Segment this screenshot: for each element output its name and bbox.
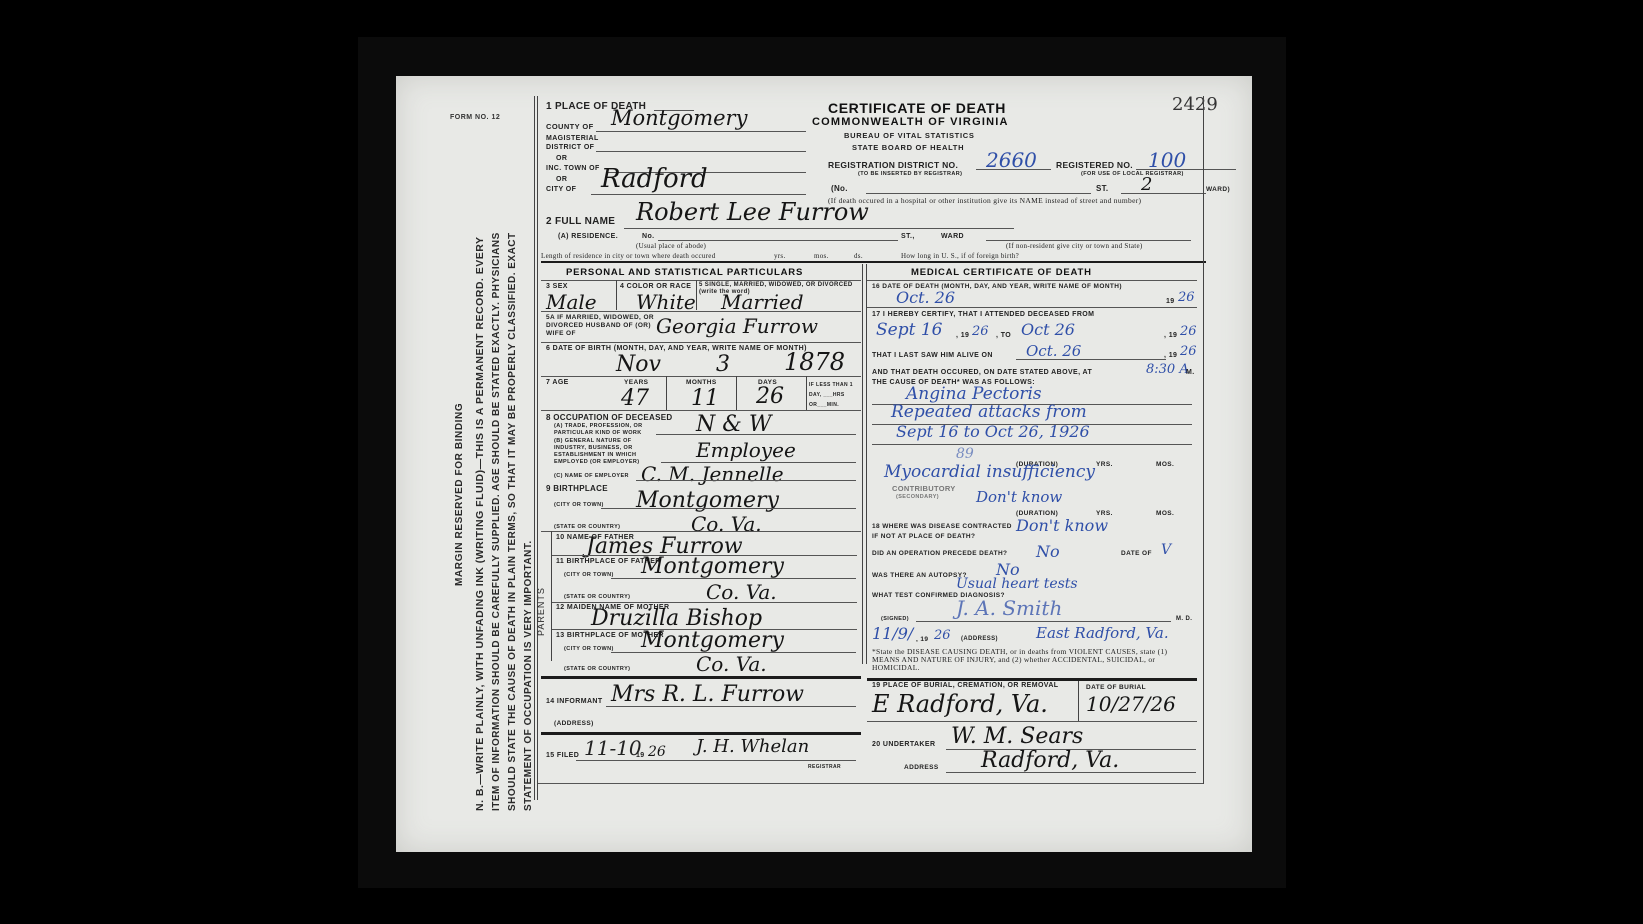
county-value: Montgomery: [611, 106, 747, 130]
months-label: MONTHS: [686, 379, 717, 386]
ward-value: 2: [1141, 174, 1152, 195]
father-birthplace-state: Co. Va.: [706, 580, 777, 604]
registered-no-note: (FOR USE OF LOCAL REGISTRAR): [1081, 171, 1184, 177]
personal-header: PERSONAL AND STATISTICAL PARTICULARS: [566, 267, 803, 278]
undertaker-address-label: ADDRESS: [904, 764, 939, 771]
age-years: 47: [621, 386, 649, 411]
rule: [872, 444, 1192, 445]
filed-year: 26: [648, 744, 666, 760]
mother-state-label: (STATE OR COUNTRY): [564, 666, 630, 672]
rule: [541, 311, 861, 312]
physician-signature: J. A. Smith: [956, 596, 1062, 620]
rule: [1136, 169, 1236, 170]
from-year: 26: [972, 324, 989, 339]
time-label: AND THAT DEATH OCCURED, ON DATE STATED A…: [872, 369, 1092, 376]
duration-number: 89: [956, 446, 974, 462]
date-of-value: V: [1161, 542, 1171, 558]
sex-label: 3 SEX: [546, 283, 568, 290]
filed-year-prefix: 19: [636, 752, 645, 759]
less-than-day-label: IF LESS THAN 1 DAY, ___HRS OR___MIN.: [809, 380, 861, 410]
hospital-note: (If death occured in a hospital or other…: [828, 196, 1141, 205]
rule: [636, 480, 856, 481]
reg-district-label: REGISTRATION DISTRICT NO.: [828, 160, 958, 170]
mother-city-label: (CITY OR TOWN): [564, 646, 614, 652]
or-label: OR: [556, 176, 567, 183]
reg-district-note: (TO BE INSERTED BY REGISTRAR): [858, 171, 962, 177]
rule: [658, 240, 898, 241]
residence-no-label: No.: [642, 233, 654, 240]
contracted-value: Don't know: [1016, 516, 1108, 535]
magisterial-label: MAGISTERIAL DISTRICT OF: [546, 134, 606, 152]
ward-label: WARD: [941, 233, 964, 240]
physician-address-label: (ADDRESS): [961, 636, 998, 642]
st-label: ST.: [1096, 184, 1108, 193]
rule: [616, 280, 617, 310]
dod-year-prefix: 19: [1166, 298, 1175, 305]
section-divider: [541, 676, 861, 679]
instruction-line-2: ITEM OF INFORMATION SHOULD BE CAREFULLY …: [491, 232, 502, 811]
employer-value: C. M. Jennelle: [641, 462, 784, 486]
certificate-number: 2429: [1172, 94, 1218, 115]
board: STATE BOARD OF HEALTH: [852, 143, 964, 152]
yrs-label: YRS.: [1096, 461, 1113, 468]
contracted-label: 18 WHERE WAS DISEASE CONTRACTED IF NOT A…: [872, 522, 1012, 542]
no-label: (No.: [831, 184, 848, 193]
registrar-label: REGISTRAR: [808, 764, 841, 770]
rule: [866, 193, 1091, 194]
age-months: 11: [691, 386, 719, 411]
bottom-rule: [538, 783, 1203, 784]
rule: [986, 240, 1191, 241]
race-label: 4 COLOR OR RACE: [620, 283, 691, 290]
signed-year-prefix: , 19: [916, 636, 928, 643]
how-long-label: How long in U. S., if of foreign birth?: [901, 252, 1019, 260]
section-divider: [541, 261, 1206, 263]
secondary-label: (SECONDARY): [896, 494, 939, 500]
signed-date: 11/9/: [872, 624, 913, 643]
rule: [611, 578, 856, 579]
rule: [976, 169, 1051, 170]
spouse-value: Georgia Furrow: [656, 314, 818, 338]
contributory-label: CONTRIBUTORY: [892, 484, 956, 493]
rule: [1078, 681, 1079, 721]
ward-label: WARD): [1206, 186, 1230, 193]
employer-label: (C) NAME OF EMPLOYER: [554, 473, 629, 479]
occupation-label: 8 OCCUPATION OF DECEASED: [546, 413, 672, 422]
birth-city-value: Montgomery: [636, 488, 779, 513]
birth-state-value: Co. Va.: [691, 512, 762, 536]
rule: [656, 434, 856, 435]
attended-from: Sept 16: [876, 320, 942, 340]
rule: [1016, 359, 1166, 360]
burial-place-label: 19 PLACE OF BURIAL, CREMATION, OR REMOVA…: [872, 682, 1058, 689]
burial-date-value: 10/27/26: [1086, 692, 1176, 716]
certify-label: 17 I HEREBY CERTIFY, THAT I ATTENDED DEC…: [872, 311, 1094, 318]
st-label: ST.,: [901, 233, 915, 240]
undertaker-address: Radford, Va.: [981, 748, 1119, 773]
rule: [624, 228, 1014, 229]
city-value: Radford: [601, 164, 708, 194]
cause-line-2: Repeated attacks from: [891, 402, 1087, 422]
signed-label: (SIGNED): [881, 616, 909, 622]
last-year: 26: [1180, 344, 1197, 359]
md-label: M. D.: [1176, 616, 1192, 622]
spouse-label: 5A IF MARRIED, WIDOWED, OR DIVORCED HUSB…: [546, 314, 661, 338]
or-label: OR: [556, 155, 567, 162]
city-label: CITY OF: [546, 186, 576, 193]
certificate-title: CERTIFICATE OF DEATH: [828, 100, 1006, 116]
parents-label: PARENTS: [536, 587, 546, 636]
undertaker-label: 20 UNDERTAKER: [872, 741, 935, 748]
left-border-inner: [537, 96, 538, 800]
signed-year: 26: [934, 628, 951, 643]
informant-address-label: (ADDRESS): [554, 720, 594, 727]
full-name-value: Robert Lee Furrow: [636, 198, 869, 226]
rule: [576, 760, 856, 761]
age-days: 26: [756, 384, 784, 409]
date-of-label: DATE OF: [1121, 550, 1152, 557]
burial-date-label: DATE OF BURIAL: [1086, 684, 1146, 691]
informant-label: 14 INFORMANT: [546, 698, 603, 705]
cause-line-3: Sept 16 to Oct 26, 1926: [896, 422, 1090, 441]
last-year-prefix: , 19: [1164, 352, 1177, 359]
full-name-label: 2 FULL NAME: [546, 216, 615, 227]
dod-value: Oct. 26: [896, 288, 955, 307]
rule: [696, 280, 697, 310]
residence-label: (A) RESIDENCE.: [558, 233, 618, 240]
mos-label-2: MOS.: [1156, 510, 1174, 517]
rule: [606, 706, 856, 707]
death-certificate: FORM NO. 12 MARGIN RESERVED FOR BINDING …: [396, 76, 1252, 852]
rule: [541, 280, 861, 281]
rule: [541, 342, 861, 343]
operation-value: No: [1036, 542, 1060, 561]
last-saw-value: Oct. 26: [1026, 342, 1081, 360]
time-suffix: M.: [1186, 369, 1195, 376]
column-divider: [862, 264, 863, 664]
rule: [596, 151, 806, 152]
rule: [867, 307, 1197, 308]
yrs-label: yrs.: [774, 252, 786, 260]
autopsy-label: WAS THERE AN AUTOPSY?: [872, 572, 967, 579]
right-border: [1203, 96, 1204, 784]
birthplace-label: 9 BIRTHPLACE: [546, 484, 608, 493]
industry-value: Employee: [696, 438, 796, 462]
attended-to: Oct 26: [1021, 320, 1075, 339]
trade-label: (A) TRADE, PROFESSION, OR PARTICULAR KIN…: [554, 423, 649, 437]
margin-note: MARGIN RESERVED FOR BINDING: [454, 403, 465, 586]
section-divider: [541, 732, 861, 735]
rule: [601, 508, 856, 509]
age-label: 7 AGE: [546, 379, 569, 386]
left-border: [534, 96, 535, 800]
rule: [541, 376, 861, 377]
rule: [806, 376, 807, 410]
section-divider: [867, 678, 1197, 681]
dob-label: 6 DATE OF BIRTH (MONTH, DAY, AND YEAR, W…: [546, 345, 807, 352]
rule: [541, 531, 861, 532]
test-value: Usual heart tests: [956, 576, 1078, 592]
mos-label: mos.: [814, 252, 829, 260]
filed-label: 15 FILED: [546, 752, 579, 759]
cause-footnote: *State the DISEASE CAUSING DEATH, or in …: [872, 648, 1197, 672]
medical-header: MEDICAL CERTIFICATE OF DEATH: [911, 267, 1092, 278]
physician-address: East Radford, Va.: [1036, 624, 1169, 642]
instruction-line-3: SHOULD STATE THE CAUSE OF DEATH IN PLAIN…: [507, 232, 518, 811]
burial-place-value: E Radford, Va.: [872, 690, 1048, 718]
dod-year: 26: [1178, 290, 1195, 305]
to-year-prefix: , 19: [1164, 332, 1177, 339]
bureau: BUREAU OF VITAL STATISTICS: [844, 131, 975, 140]
rule: [541, 410, 861, 411]
column-divider: [866, 264, 867, 664]
filed-date: 11-10: [584, 736, 642, 760]
secondary-cause: Myocardial insufficiency: [884, 462, 1095, 482]
rule: [867, 280, 1197, 281]
father-birthplace-city: Montgomery: [641, 554, 784, 579]
rule: [596, 131, 806, 132]
time-value: 8:30 A: [1146, 362, 1189, 377]
last-saw-label: THAT I LAST SAW HIM ALIVE ON: [872, 352, 993, 359]
rule: [867, 721, 1197, 722]
form-number: FORM NO. 12: [450, 114, 500, 121]
father-city-label: (CITY OR TOWN): [564, 572, 614, 578]
rule: [666, 376, 667, 410]
nonresident-note: (If non-resident give city or town and S…: [1006, 242, 1143, 250]
dob-day: 3: [716, 352, 730, 377]
instruction-line-1: N. B.—WRITE PLAINLY, WITH UNFADING INK (…: [474, 237, 486, 811]
length-of-residence-label: Length of residence in city or town wher…: [541, 252, 716, 260]
informant-value: Mrs R. L. Furrow: [611, 682, 804, 707]
parents-divider: [551, 531, 552, 661]
mother-birthplace-state: Co. Va.: [696, 652, 767, 676]
from-year-prefix: , 19: [956, 332, 969, 339]
birth-city-label: (CITY OR TOWN): [554, 502, 604, 508]
dob-month: Nov: [616, 352, 661, 377]
rule: [1121, 193, 1206, 194]
rule: [552, 602, 857, 603]
father-state-label: (STATE OR COUNTRY): [564, 594, 630, 600]
years-label: YEARS: [624, 379, 648, 386]
operation-label: DID AN OPERATION PRECEDE DEATH?: [872, 550, 1007, 557]
mos-label: MOS.: [1156, 461, 1174, 468]
cause-line-1: Angina Pectoris: [906, 384, 1042, 404]
to-year: 26: [1180, 324, 1197, 339]
registrar-signature: J. H. Whelan: [696, 736, 809, 757]
undertaker-value: W. M. Sears: [951, 724, 1083, 749]
birth-state-label: (STATE OR COUNTRY): [554, 524, 620, 530]
inc-town-label: INC. TOWN OF: [546, 165, 600, 172]
secondary-note: Don't know: [976, 488, 1062, 506]
rule: [946, 772, 1196, 773]
ds-label: ds.: [854, 252, 863, 260]
registered-no-label: REGISTERED NO.: [1056, 160, 1133, 170]
rule: [736, 376, 737, 410]
instruction-line-4: STATEMENT OF OCCUPATION IS VERY IMPORTAN…: [523, 540, 534, 811]
county-label: COUNTY OF: [546, 122, 594, 131]
dob-year: 1878: [784, 348, 845, 376]
rule: [916, 621, 1171, 622]
to-label: , TO: [996, 332, 1011, 339]
mother-birthplace-city: Montgomery: [641, 628, 784, 653]
issuer: COMMONWEALTH OF VIRGINIA: [812, 116, 1009, 128]
abode-note: (Usual place of abode): [636, 242, 706, 250]
rule: [591, 194, 806, 195]
